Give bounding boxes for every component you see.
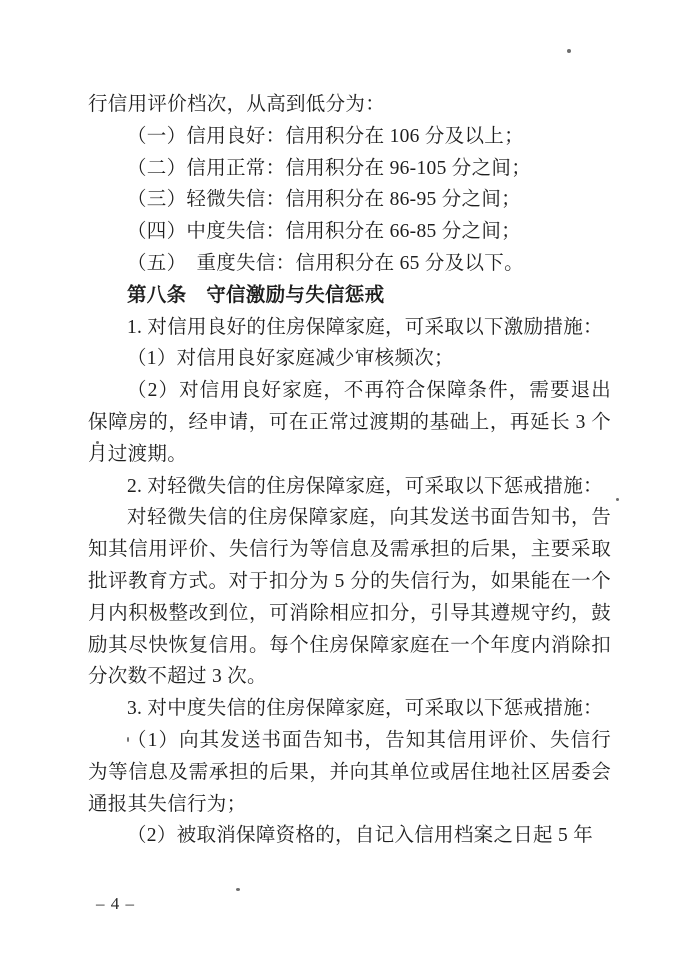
text-line: 2. 对轻微失信的住房保障家庭，可采取以下惩戒措施：: [88, 471, 611, 503]
text-line: （五） 重度失信：信用积分在 65 分及以下。: [88, 248, 611, 280]
good-credit-incentive-intro: 1. 对信用良好的住房保障家庭，可采取以下激励措施：: [88, 312, 611, 344]
credit-grade-item-1: （一）信用良好：信用积分在 106 分及以上；: [88, 121, 611, 153]
text-line: （四）中度失信：信用积分在 66-85 分之间；: [88, 216, 611, 248]
text-line: 保障房的，经申请，可在正常过渡期的基础上，再延长 3 个: [88, 407, 611, 439]
text-line: （三）轻微失信：信用积分在 86-95 分之间；: [88, 184, 611, 216]
text-line: 分次数不超过 3 次。: [88, 661, 611, 693]
credit-grade-item-5: （五） 重度失信：信用积分在 65 分及以下。: [88, 248, 611, 280]
scan-speck: [127, 737, 129, 742]
document-page: 行信用评价档次，从高到低分为：（一）信用良好：信用积分在 106 分及以上；（二…: [0, 0, 684, 958]
text-line: 月过渡期。: [88, 439, 611, 471]
continued-line-credit-grades-intro: 行信用评价档次，从高到低分为：: [88, 89, 611, 121]
text-line: 励其尽快恢复信用。每个住房保障家庭在一个年度内消除扣: [88, 630, 611, 662]
credit-grade-item-3: （三）轻微失信：信用积分在 86-95 分之间；: [88, 184, 611, 216]
text-line: （二）信用正常：信用积分在 96-105 分之间；: [88, 153, 611, 185]
text-line: 对轻微失信的住房保障家庭，向其发送书面告知书，告: [88, 502, 611, 534]
text-line: 行信用评价档次，从高到低分为：: [88, 89, 611, 121]
scan-speck: [567, 49, 571, 53]
text-line: 批评教育方式。对于扣分为 5 分的失信行为，如果能在一个: [88, 566, 611, 598]
scan-speck: [96, 441, 99, 444]
text-line: （2）被取消保障资格的，自记入信用档案之日起 5 年: [88, 820, 611, 852]
text-line: （一）信用良好：信用积分在 106 分及以上；: [88, 121, 611, 153]
text-line: 第八条 守信激励与失信惩戒: [88, 280, 611, 312]
minor-dishonesty-detail: 对轻微失信的住房保障家庭，向其发送书面告知书，告知其信用评价、失信行为等信息及需…: [88, 502, 611, 693]
incentive-item-1: （1）对信用良好家庭减少审核频次；: [88, 343, 611, 375]
text-line: 知其信用评价、失信行为等信息及需承担的后果，主要采取: [88, 534, 611, 566]
credit-grade-item-4: （四）中度失信：信用积分在 66-85 分之间；: [88, 216, 611, 248]
moderate-dishonesty-intro: 3. 对中度失信的住房保障家庭，可采取以下惩戒措施：: [88, 693, 611, 725]
text-line: 月内积极整改到位，可消除相应扣分，引导其遵规守约，鼓: [88, 598, 611, 630]
text-line: 为等信息及需承担的后果，并向其单位或居住地社区居委会: [88, 757, 611, 789]
text-line: （1）向其发送书面告知书，告知其信用评价、失信行: [88, 725, 611, 757]
document-body: 行信用评价档次，从高到低分为：（一）信用良好：信用积分在 106 分及以上；（二…: [88, 89, 611, 852]
scan-speck: [616, 498, 619, 501]
page-number: – 4 –: [96, 894, 135, 914]
credit-grade-item-2: （二）信用正常：信用积分在 96-105 分之间；: [88, 153, 611, 185]
text-line: 通报其失信行为；: [88, 789, 611, 821]
moderate-item-2-partial: （2）被取消保障资格的，自记入信用档案之日起 5 年: [88, 820, 611, 852]
scan-speck: [236, 888, 240, 891]
article-8-heading: 第八条 守信激励与失信惩戒: [88, 280, 611, 312]
text-line: 1. 对信用良好的住房保障家庭，可采取以下激励措施：: [88, 312, 611, 344]
moderate-item-1: （1）向其发送书面告知书，告知其信用评价、失信行为等信息及需承担的后果，并向其单…: [88, 725, 611, 820]
incentive-item-2: （2）对信用良好家庭，不再符合保障条件，需要退出保障房的，经申请，可在正常过渡期…: [88, 375, 611, 470]
text-line: （1）对信用良好家庭减少审核频次；: [88, 343, 611, 375]
text-line: （2）对信用良好家庭，不再符合保障条件，需要退出: [88, 375, 611, 407]
text-line: 3. 对中度失信的住房保障家庭，可采取以下惩戒措施：: [88, 693, 611, 725]
minor-dishonesty-intro: 2. 对轻微失信的住房保障家庭，可采取以下惩戒措施：: [88, 471, 611, 503]
